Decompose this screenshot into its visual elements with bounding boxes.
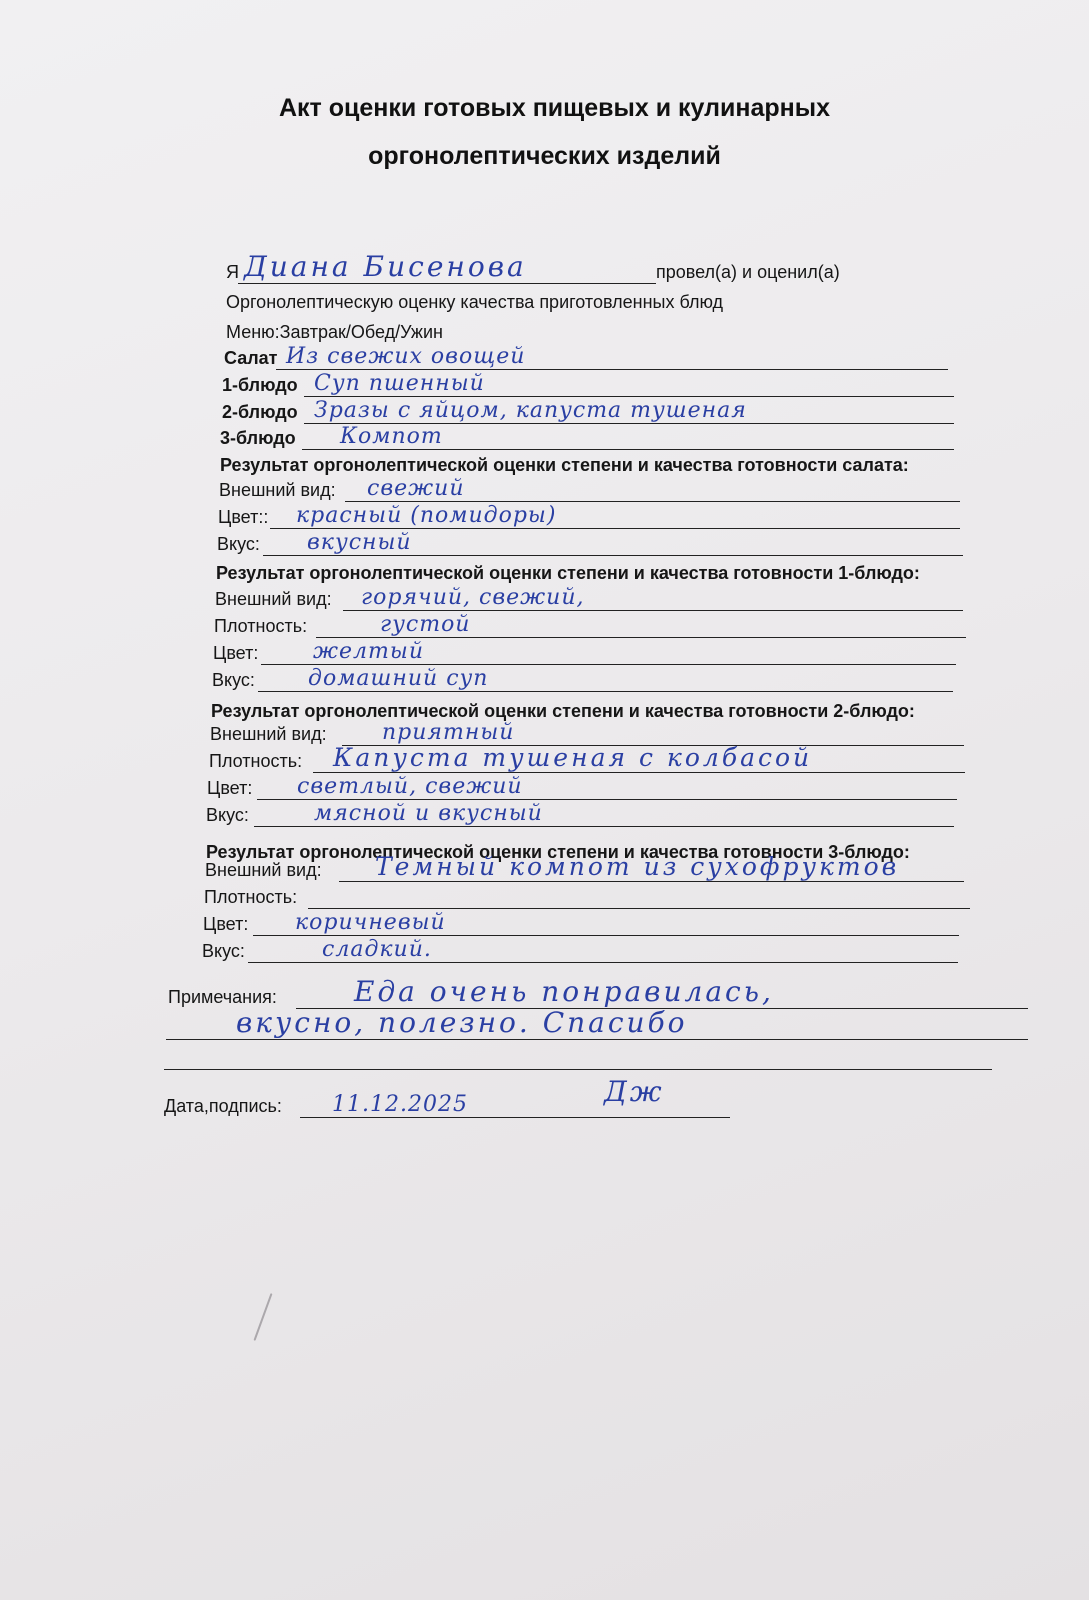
menu-text: Меню:Завтрак/Обед/Ужин (226, 322, 443, 343)
pencil-mark (254, 1293, 273, 1341)
field-value: приятный (382, 720, 514, 745)
field-value: коричневый (295, 910, 446, 935)
field-row: Цвет: светлый, свежий (207, 774, 967, 802)
field-row: Цвет:: красный (помидоры) (218, 503, 963, 531)
field-value: свежий (367, 476, 465, 501)
notes-label: Примечания: (168, 987, 277, 1008)
field-value: густой (380, 612, 470, 637)
field-value: мясной и вкусный (314, 801, 543, 826)
dish-value: Зразы с яйцом, капуста тушеная (314, 398, 747, 423)
menu-line: Меню:Завтрак/Обед/Ужин (226, 318, 926, 346)
field-value: красный (помидоры) (296, 503, 556, 528)
evaluator-prefix: Я (226, 262, 239, 283)
field-value: Темный компот из сухофруктов (375, 852, 899, 881)
dish-salad-row: Салат Из свежих овощей (224, 344, 954, 372)
field-label: Вкус: (206, 805, 249, 826)
field-label: Цвет:: (218, 507, 268, 528)
dish-value: Компот (340, 424, 443, 449)
evaluator-suffix: провел(а) и оценил(а) (656, 262, 840, 283)
date-value: 11.12.2025 (332, 1092, 468, 1117)
dish-label: Салат (224, 348, 278, 369)
field-row: Плотность: густой (214, 612, 966, 640)
field-value: домашний суп (308, 666, 488, 691)
evaluator-name: Диана Бисенова (244, 250, 527, 283)
field-label: Внешний вид: (215, 589, 332, 610)
document-title-line2: оргонолептических изделий (0, 142, 1089, 171)
field-value: желтый (313, 639, 424, 664)
scanned-form-page: Акт оценки готовых пищевых и кулинарных … (0, 0, 1089, 1600)
evaluator-row: Я Диана Бисенова провел(а) и оценил(а) (226, 258, 876, 286)
field-row: Плотность: (204, 883, 974, 911)
field-label: Цвет: (203, 914, 248, 935)
dish-value: Из свежих овощей (286, 344, 525, 369)
intro-line2: Оргонолептическую оценку качества пригот… (226, 288, 926, 316)
field-label: Вкус: (217, 534, 260, 555)
field-value: светлый, свежий (297, 774, 523, 799)
field-row: Плотность: Капуста тушеная с колбасой (209, 747, 999, 775)
field-label: Цвет: (207, 778, 252, 799)
notes-line1: Еда очень понравилась, (354, 975, 774, 1008)
field-underline (308, 908, 970, 910)
field-row: Цвет: коричневый (203, 910, 963, 938)
field-row: Вкус: домашний суп (212, 666, 964, 694)
field-value: вкусный (307, 530, 412, 555)
notes-underline (164, 1069, 992, 1071)
field-value: сладкий. (322, 937, 432, 962)
field-row: Внешний вид: Темный компот из сухофрукто… (205, 856, 1065, 884)
field-label: Внешний вид: (205, 860, 322, 881)
field-row: Вкус: мясной и вкусный (206, 801, 966, 829)
dish-value: Суп пшенный (314, 371, 485, 396)
date-signature-row: Дата,подпись: 11.12.2025 Дж (164, 1092, 784, 1120)
notes-line2: вкусно, полезно. Спасибо (236, 1006, 688, 1039)
field-row: Вкус: сладкий. (202, 937, 962, 965)
intro-text: Оргонолептическую оценку качества пригот… (226, 292, 723, 313)
field-value: Капуста тушеная с колбасой (333, 743, 812, 772)
dish-2-row: 2-блюдо Зразы с яйцом, капуста тушеная (222, 398, 957, 426)
field-label: Плотность: (214, 616, 307, 637)
dish-label: 3-блюдо (220, 428, 296, 449)
dish-1-row: 1-блюдо Суп пшенный (222, 371, 957, 399)
field-label: Плотность: (209, 751, 302, 772)
section-heading-salad: Результат оргонолептической оценки степе… (220, 455, 909, 476)
field-row: Внешний вид: свежий (219, 476, 964, 504)
field-value: горячий, свежий, (361, 585, 585, 610)
field-row: Цвет: желтый (213, 639, 965, 667)
notes-row-3 (164, 1044, 994, 1072)
section-heading-dish2: Результат оргонолептической оценки степе… (211, 701, 915, 722)
field-label: Внешний вид: (219, 480, 336, 501)
dish-label: 1-блюдо (222, 375, 298, 396)
section-heading-dish1: Результат оргонолептической оценки степе… (216, 563, 920, 584)
document-title-line1: Акт оценки готовых пищевых и кулинарных (10, 94, 1089, 123)
field-row: Вкус: вкусный (217, 530, 965, 558)
field-label: Внешний вид: (210, 724, 327, 745)
field-row: Внешний вид: горячий, свежий, (215, 585, 965, 613)
dish-label: 2-блюдо (222, 402, 298, 423)
notes-row-2: вкусно, полезно. Спасибо (166, 1014, 1036, 1042)
field-label: Плотность: (204, 887, 297, 908)
signature: Дж (604, 1075, 665, 1108)
field-label: Вкус: (212, 670, 255, 691)
date-signature-label: Дата,подпись: (164, 1096, 282, 1117)
field-label: Вкус: (202, 941, 245, 962)
field-label: Цвет: (213, 643, 258, 664)
dish-3-row: 3-блюдо Компот (220, 424, 955, 452)
